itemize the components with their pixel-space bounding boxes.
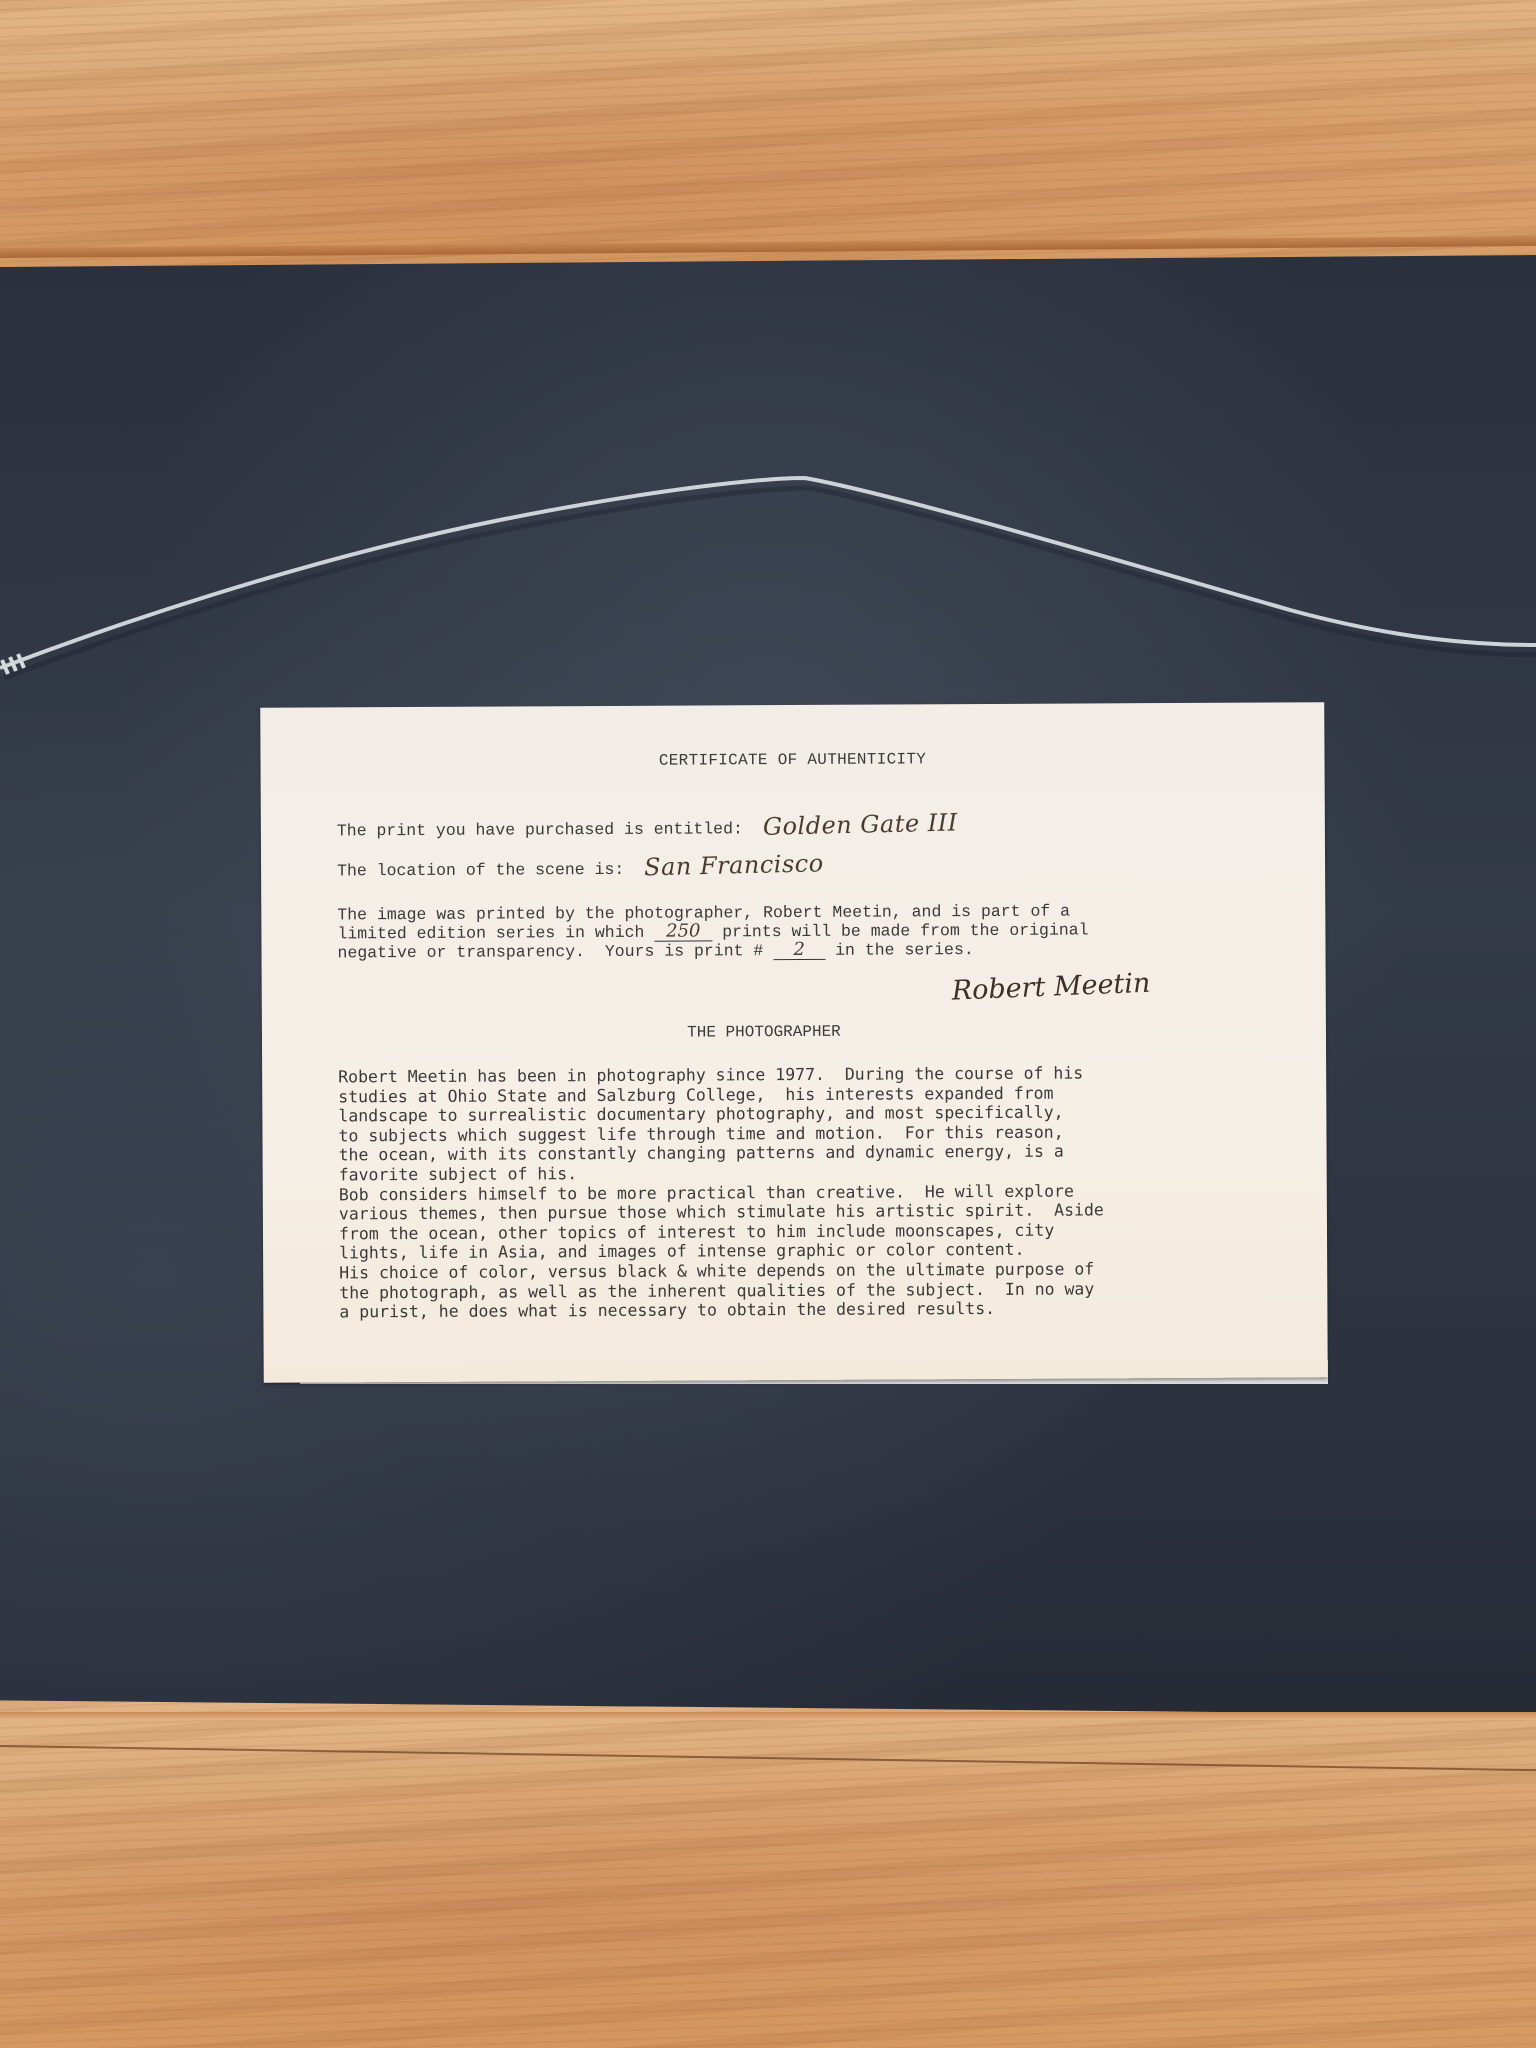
edition-line-3: negative or transparency. Yours is print… [337, 940, 973, 963]
bio-line: favorite subject of his. [339, 1164, 578, 1184]
bio-line: the ocean, with its constantly changing … [339, 1142, 1064, 1165]
photographer-bio: Robert Meetin has been in photography si… [338, 1063, 1104, 1322]
photographer-heading: THE PHOTOGRAPHER [262, 1020, 1326, 1044]
edition-size-value: 250 [654, 922, 712, 941]
certificate-title: CERTIFICATE OF AUTHENTICITY [260, 748, 1324, 772]
location-label: The location of the scene is: [337, 860, 624, 881]
certificate-card: CERTIFICATE OF AUTHENTICITY The print yo… [260, 702, 1328, 1383]
wooden-table-bottom [0, 1700, 1536, 2048]
location-value: San Francisco [644, 853, 824, 877]
print-number-value: 2 [773, 941, 825, 960]
print-title-value: Golden Gate III [762, 812, 957, 836]
edition-text-before: limited edition series in which [337, 923, 644, 944]
location-line: The location of the scene is: San Franci… [337, 855, 824, 882]
edition-text-after: prints will be made from the original [722, 920, 1088, 941]
photographer-signature: Robert Meetin [951, 968, 1151, 1007]
bio-line: a purist, he does what is necessary to o… [339, 1299, 995, 1321]
frame-edge-bottom [0, 1712, 1536, 1720]
print-title-label: The print you have purchased is entitled… [337, 819, 743, 840]
print-number-suffix: in the series. [835, 940, 974, 960]
print-number-label: negative or transparency. Yours is print… [337, 941, 763, 962]
print-title-line: The print you have purchased is entitled… [337, 814, 958, 841]
